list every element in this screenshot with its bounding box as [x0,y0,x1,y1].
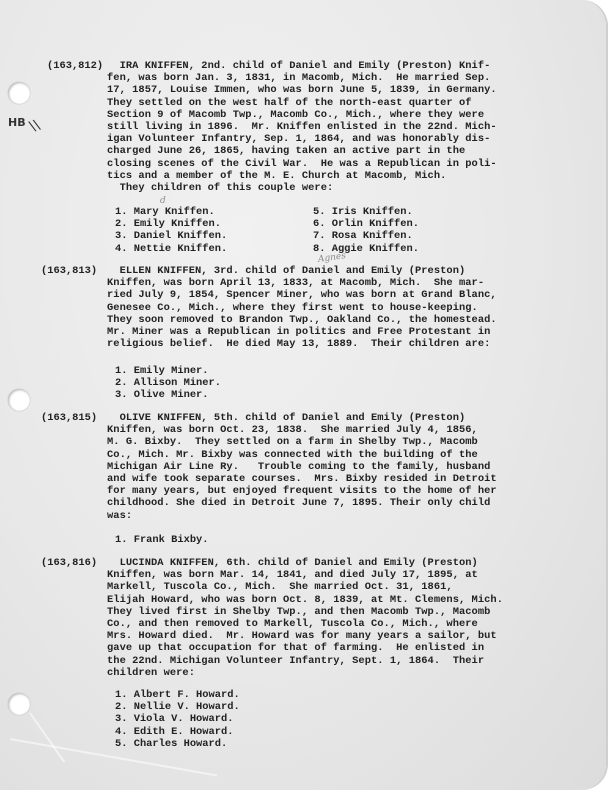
entry-paragraph: IRA KNIFFEN, 2nd. child of Daniel and Em… [107,60,497,194]
entry-id: (163,813) [41,265,97,277]
child-item: 3. Viola V. Howard. [115,713,240,725]
children-list: 1. Emily Miner.2. Allison Miner.3. Olive… [115,365,221,402]
document-page: HB \\ (163,812) IRA KNIFFEN, 2nd. child … [0,0,606,790]
paper-crease [29,712,65,762]
child-item: 2. Nellie V. Howard. [115,701,240,713]
child-item: 3. Daniel Kniffen. [115,230,227,242]
child-item: 2. Allison Miner. [115,377,221,389]
children-list: 1. Frank Bixby. [115,534,209,546]
entry-id: (163,815) [41,412,97,424]
entry-paragraph: ELLEN KNIFFEN, 3rd. child of Daniel and … [107,265,497,350]
children-list: 1. Albert F. Howard.2. Nellie V. Howard.… [115,689,240,750]
child-item: 4. Nettie Kniffen. [115,243,227,255]
child-item: 4. Edith E. Howard. [115,726,240,738]
entry-id: (163,812) [47,60,103,72]
entry-id: (163,816) [41,557,97,569]
punch-hole [8,82,30,104]
child-item: 6. Orlin Kniffen. [313,218,419,230]
punch-hole [8,389,30,411]
child-item: 1. Emily Miner. [115,365,221,377]
entry-paragraph: LUCINDA KNIFFEN, 6th. child of Daniel an… [107,557,503,679]
margin-annotation: HB [8,116,26,129]
child-item: 2. Emily Kniffen. [115,218,227,230]
child-item: 5. Charles Howard. [115,738,240,750]
pencil-annotation: d [160,196,166,206]
children-list-right: 5. Iris Kniffen.6. Orlin Kniffen.7. Rosa… [313,206,419,255]
punch-hole [8,693,30,715]
child-item: 3. Olive Miner. [115,389,221,401]
entry-paragraph: OLIVE KNIFFEN, 5th. child of Daniel and … [107,412,497,522]
margin-tick-marks: \\ [28,117,42,135]
child-item: 1. Mary Kniffen. [115,206,227,218]
child-item: 7. Rosa Kniffen. [313,230,419,242]
child-item: 1. Albert F. Howard. [115,689,240,701]
child-item: 5. Iris Kniffen. [313,206,419,218]
children-list-left: 1. Mary Kniffen.2. Emily Kniffen.3. Dani… [115,206,227,255]
child-item: 1. Frank Bixby. [115,534,209,546]
